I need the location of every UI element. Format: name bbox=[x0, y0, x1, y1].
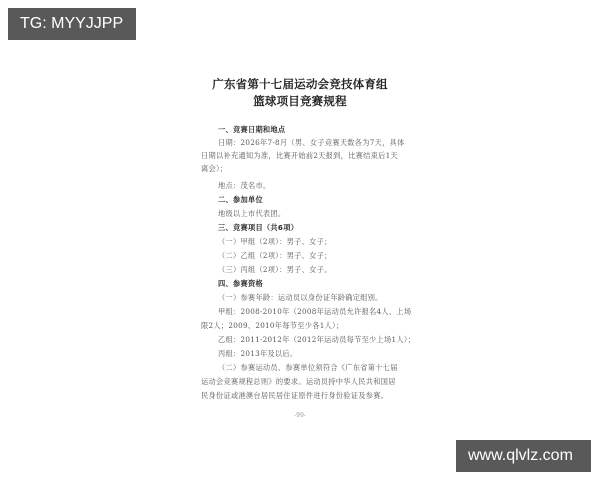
paragraph-line: 日期以补充通知为准，比赛开始前2天报到，比赛结束后1天 bbox=[201, 151, 398, 160]
watermark-website: www.qlvlz.com bbox=[456, 440, 591, 472]
paragraph-line: 日期：2026年7-8月（男、女子竞赛天数各为7天，具体 bbox=[218, 138, 405, 147]
paragraph-line: 运动会竞赛规程总则》的要求。运动员持中华人民共和国居 bbox=[201, 377, 396, 386]
section-heading-events: 三、竞赛项目（共6项） bbox=[218, 223, 298, 232]
paragraph-line: 离会）； bbox=[201, 164, 227, 173]
paragraph-line: 地级以上市代表团。 bbox=[218, 209, 285, 218]
paragraph-line: 乙组：2011-2012年（2012年运动员每节至少上场1人）； bbox=[218, 335, 415, 344]
paragraph-line: （一）甲组（2项）：男子、女子； bbox=[218, 237, 332, 246]
paragraph-line: 甲组：2008-2010年（2008年运动员允许报名4人、上场 bbox=[218, 307, 411, 316]
paragraph-line: （二）参赛运动员、参赛单位须符合《广东省第十七届 bbox=[218, 363, 398, 372]
paragraph-line: （一）参赛年龄：运动员以身份证年龄确定组别。 bbox=[218, 293, 383, 302]
screenshot-stage: TG: MYYJJPP 广东省第十七届运动会竞技体育组 篮球项目竞赛规程 一、竞… bbox=[0, 0, 600, 480]
paragraph-line: 限2人；2009、2010年每节至少各1人）； bbox=[201, 321, 343, 330]
section-heading-participants: 二、参加单位 bbox=[218, 195, 263, 204]
paragraph-line: （二）乙组（2项）：男子、女子； bbox=[218, 251, 332, 260]
document-title-line-1: 广东省第十七届运动会竞技体育组 bbox=[200, 76, 400, 92]
section-heading-dates-venue: 一、竞赛日期和地点 bbox=[218, 125, 285, 134]
document-page: 广东省第十七届运动会竞技体育组 篮球项目竞赛规程 一、竞赛日期和地点 日期：20… bbox=[200, 60, 400, 430]
paragraph-line: （三）丙组（2项）：男子、女子。 bbox=[218, 265, 332, 274]
document-title-line-2: 篮球项目竞赛规程 bbox=[200, 93, 400, 109]
watermark-telegram: TG: MYYJJPP bbox=[8, 8, 136, 40]
section-heading-eligibility: 四、参赛资格 bbox=[218, 279, 263, 288]
page-number: -99- bbox=[200, 412, 400, 419]
paragraph-line: 丙组：2013年及以后。 bbox=[218, 349, 297, 358]
paragraph-line: 地点：茂名市。 bbox=[218, 181, 270, 190]
paragraph-line: 民身份证或港澳台居民居住证原件进行身份验证及参赛。 bbox=[201, 391, 388, 400]
